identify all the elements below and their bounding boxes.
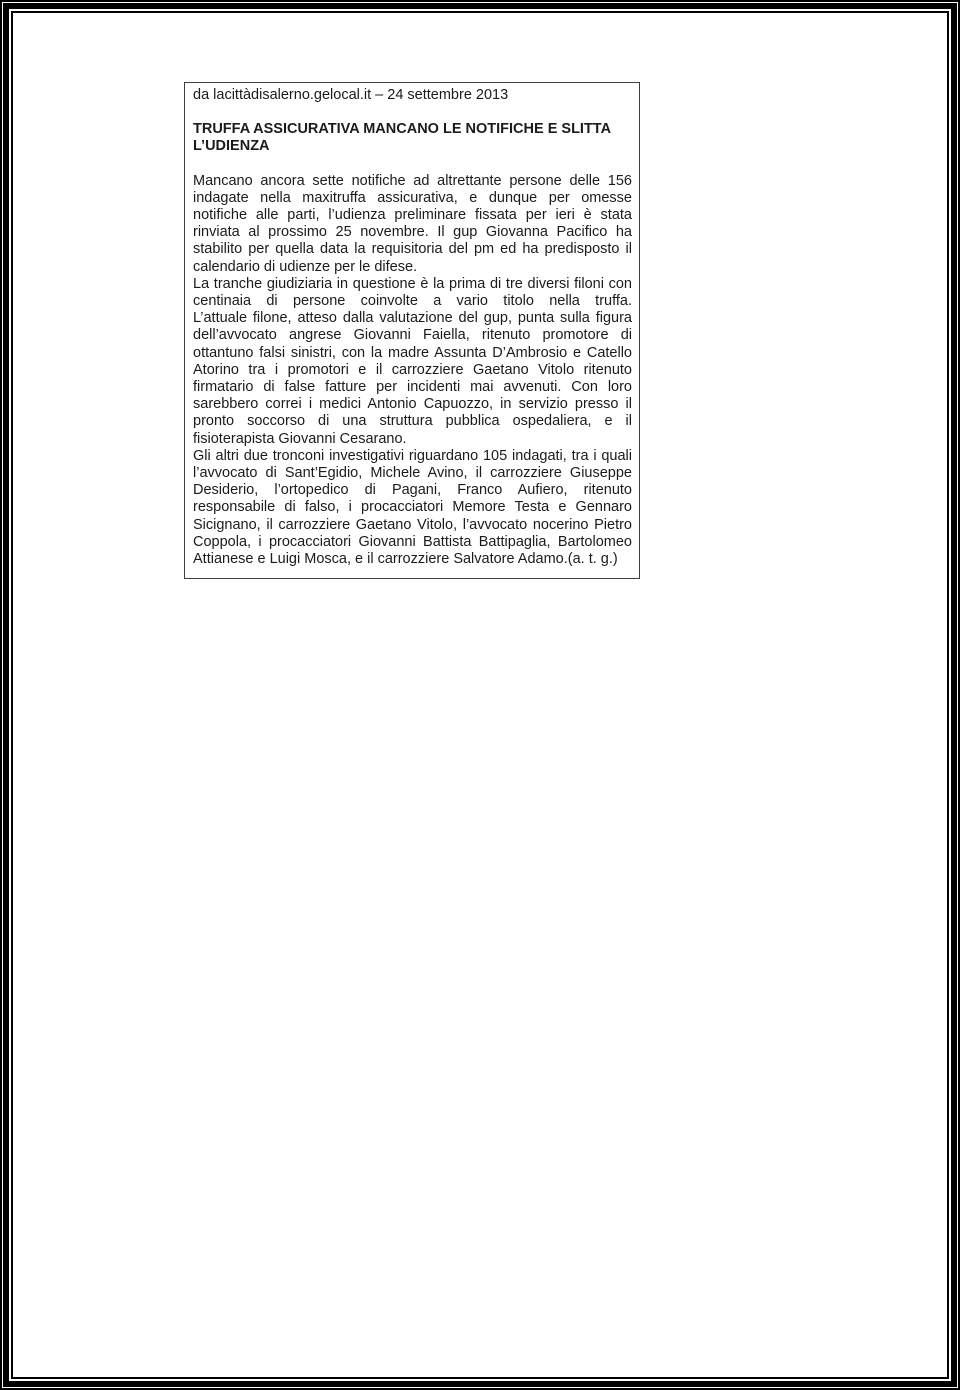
article-paragraph: La tranche giudiziaria in questione è la…	[193, 276, 632, 310]
article-source-line: da lacittàdisalerno.gelocal.it – 24 sett…	[193, 87, 632, 104]
article-paragraph: Gli altri due tronconi investigativi rig…	[193, 448, 632, 568]
article-body: Mancano ancora sette notifiche ad altret…	[193, 173, 632, 569]
article-paragraph: L’attuale filone, atteso dalla valutazio…	[193, 310, 632, 448]
article-text-box: da lacittàdisalerno.gelocal.it – 24 sett…	[184, 82, 640, 579]
article-paragraph: Mancano ancora sette notifiche ad altret…	[193, 173, 632, 276]
document-page: da lacittàdisalerno.gelocal.it – 24 sett…	[0, 0, 960, 1390]
article-title: TRUFFA ASSICURATIVA MANCANO LE NOTIFICHE…	[193, 121, 632, 155]
